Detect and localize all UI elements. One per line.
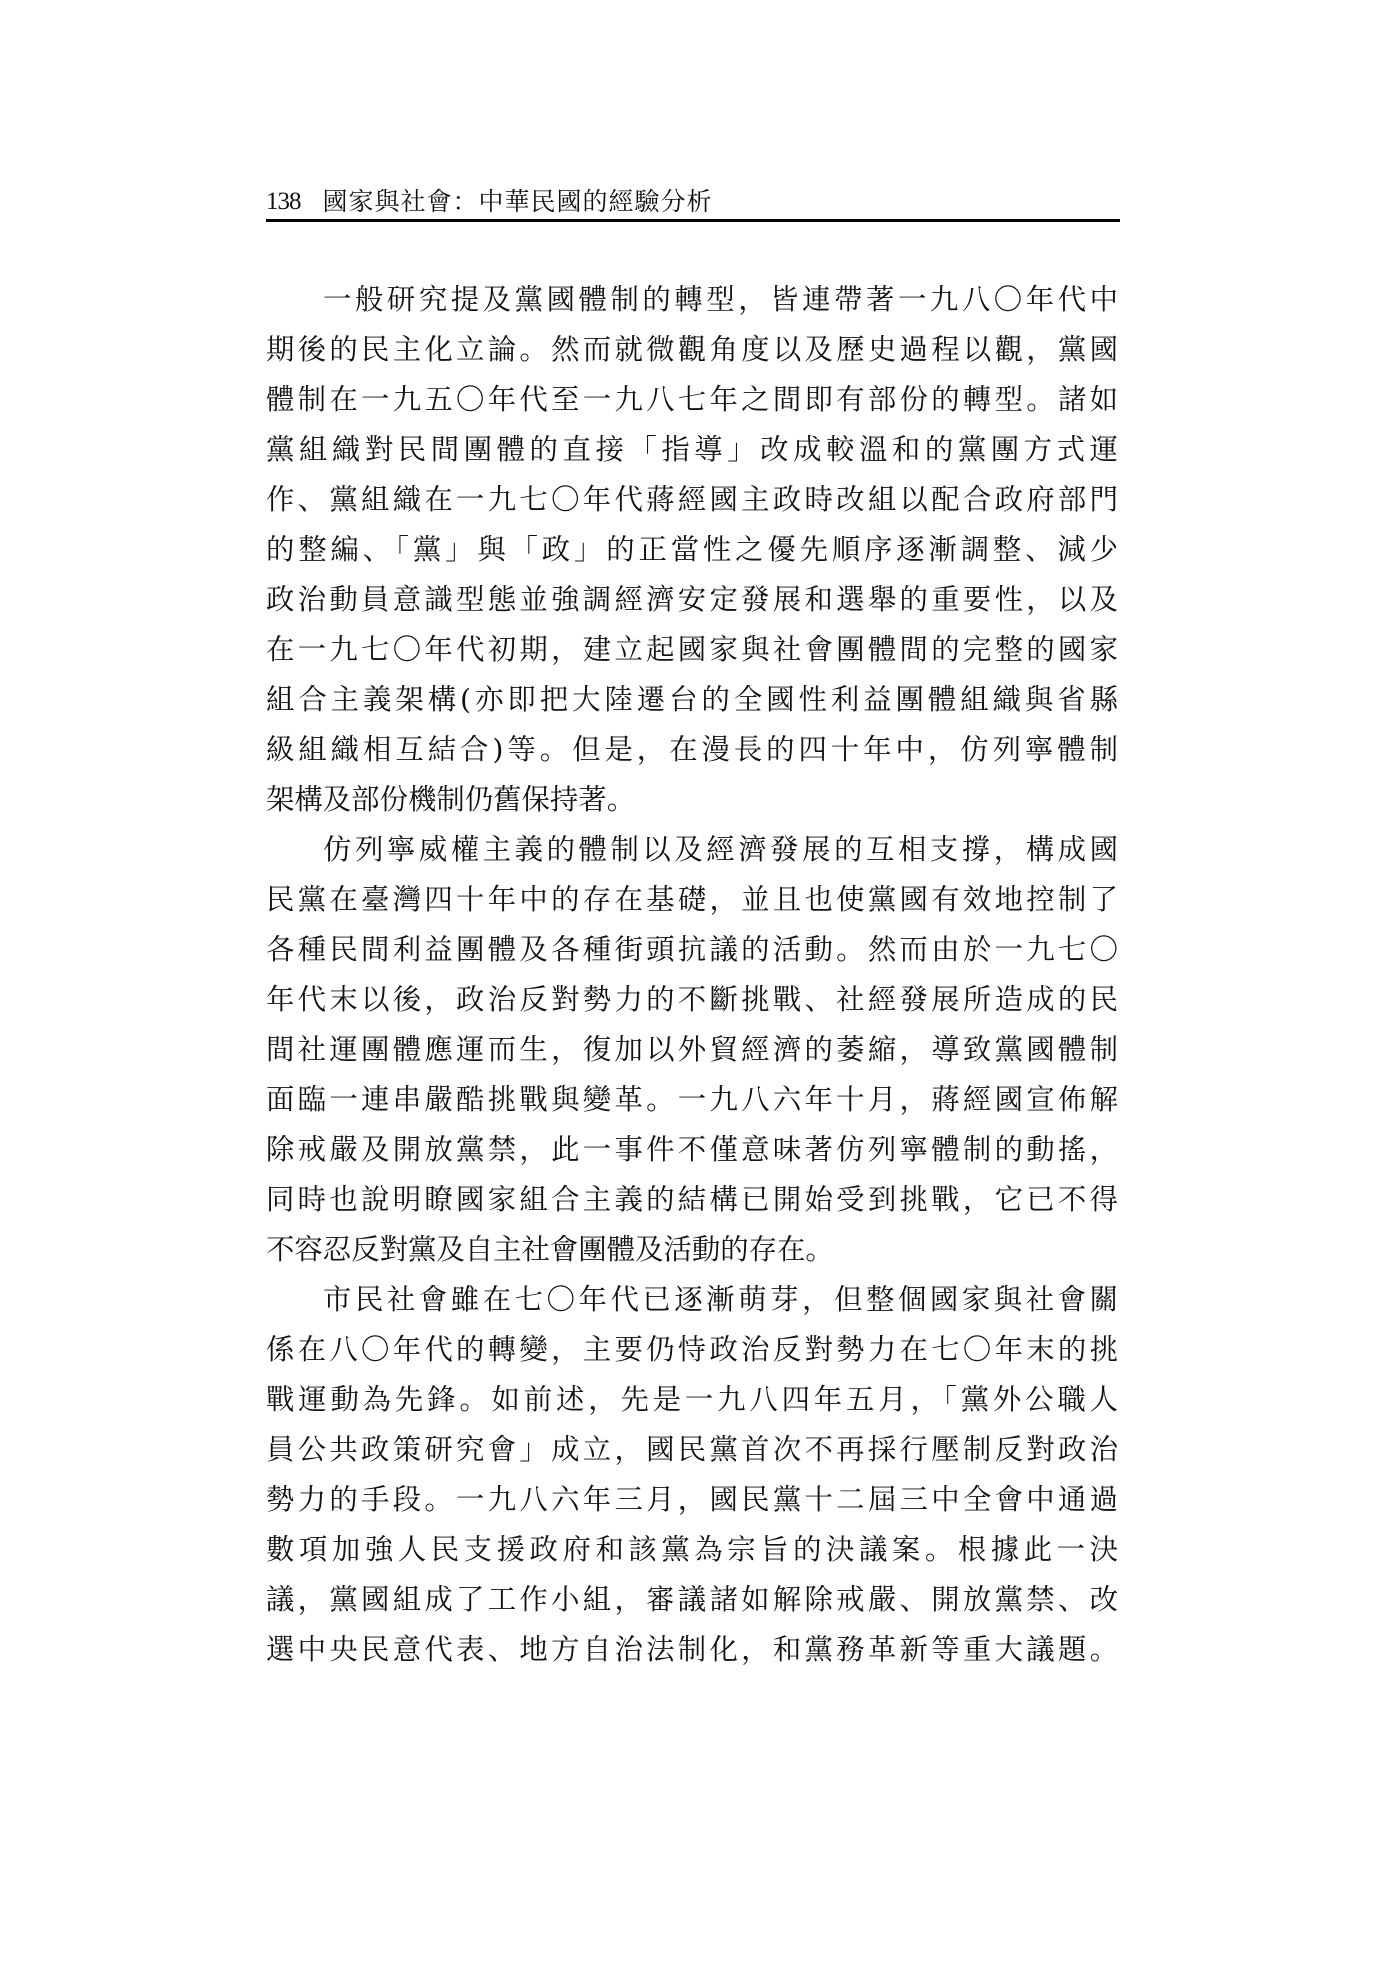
paragraph-3: 市民社會雖在七〇年代已逐漸萌芽，但整個國家與社會關 係在八〇年代的轉變，主要仍恃… (266, 1275, 1118, 1675)
text-line: 黨組織對民間團體的直接「指導」改成較溫和的黨團方式運 (266, 425, 1118, 475)
text-line: 期後的民主化立論。然而就微觀角度以及歷史過程以觀，黨國 (266, 325, 1118, 375)
text-line: 體制在一九五〇年代至一九八七年之間即有部份的轉型。諸如 (266, 375, 1118, 425)
text-line: 數項加強人民支援政府和該黨為宗旨的決議案。根據此一決 (266, 1525, 1118, 1575)
text-line: 一般研究提及黨國體制的轉型，皆連帶著一九八〇年代中 (266, 275, 1118, 325)
text-line: 員公共政策研究會」成立，國民黨首次不再採行壓制反對政治 (266, 1425, 1118, 1475)
text-line: 年代末以後，政治反對勢力的不斷挑戰、社經發展所造成的民 (266, 975, 1118, 1025)
text-line: 作、黨組織在一九七〇年代蔣經國主政時改組以配合政府部門 (266, 475, 1118, 525)
text-line: 不容忍反對黨及自主社會團體及活動的存在。 (266, 1225, 1118, 1275)
text-line: 架構及部份機制仍舊保持著。 (266, 775, 1118, 825)
text-line: 級組織相互結合)等。但是，在漫長的四十年中，仿列寧體制 (266, 725, 1118, 775)
text-line: 除戒嚴及開放黨禁，此一事件不僅意味著仿列寧體制的動搖， (266, 1125, 1118, 1175)
text-line: 在一九七〇年代初期，建立起國家與社會團體間的完整的國家 (266, 625, 1118, 675)
text-line: 勢力的手段。一九八六年三月，國民黨十二屆三中全會中通過 (266, 1475, 1118, 1525)
text-line: 面臨一連串嚴酷挑戰與變革。一九八六年十月，蔣經國宣佈解 (266, 1075, 1118, 1125)
header-rule (266, 219, 1120, 222)
book-page: 138 國家與社會：中華民國的經驗分析 一般研究提及黨國體制的轉型，皆連帶著一九… (0, 0, 1386, 1969)
book-title: 國家與社會：中華民國的經驗分析 (323, 187, 713, 217)
text-line: 議，黨國組成了工作小組，審議諸如解除戒嚴、開放黨禁、改 (266, 1575, 1118, 1625)
text-line: 組合主義架構(亦即把大陸遷台的全國性利益團體組織與省縣 (266, 675, 1118, 725)
text-line: 戰運動為先鋒。如前述，先是一九八四年五月，「黨外公職人 (266, 1375, 1118, 1425)
text-line: 仿列寧威權主義的體制以及經濟發展的互相支撐，構成國 (266, 825, 1118, 875)
text-line: 選中央民意代表、地方自治法制化，和黨務革新等重大議題。 (266, 1625, 1118, 1675)
text-line: 的整編、「黨」與「政」的正當性之優先順序逐漸調整、減少 (266, 525, 1118, 575)
text-line: 市民社會雖在七〇年代已逐漸萌芽，但整個國家與社會關 (266, 1275, 1118, 1325)
text-line: 民黨在臺灣四十年中的存在基礎，並且也使黨國有效地控制了 (266, 875, 1118, 925)
paragraph-2: 仿列寧威權主義的體制以及經濟發展的互相支撐，構成國 民黨在臺灣四十年中的存在基礎… (266, 825, 1118, 1275)
body-text: 一般研究提及黨國體制的轉型，皆連帶著一九八〇年代中 期後的民主化立論。然而就微觀… (266, 275, 1118, 1675)
paragraph-1: 一般研究提及黨國體制的轉型，皆連帶著一九八〇年代中 期後的民主化立論。然而就微觀… (266, 275, 1118, 825)
text-line: 同時也說明瞭國家組合主義的結構已開始受到挑戰，它已不得 (266, 1175, 1118, 1225)
running-header: 138 國家與社會：中華民國的經驗分析 (266, 181, 1120, 217)
text-line: 各種民間利益團體及各種街頭抗議的活動。然而由於一九七〇 (266, 925, 1118, 975)
text-line: 係在八〇年代的轉變，主要仍恃政治反對勢力在七〇年末的挑 (266, 1325, 1118, 1375)
page-number: 138 (266, 187, 301, 217)
text-line: 間社運團體應運而生，復加以外貿經濟的萎縮，導致黨國體制 (266, 1025, 1118, 1075)
text-line: 政治動員意識型態並強調經濟安定發展和選舉的重要性，以及 (266, 575, 1118, 625)
